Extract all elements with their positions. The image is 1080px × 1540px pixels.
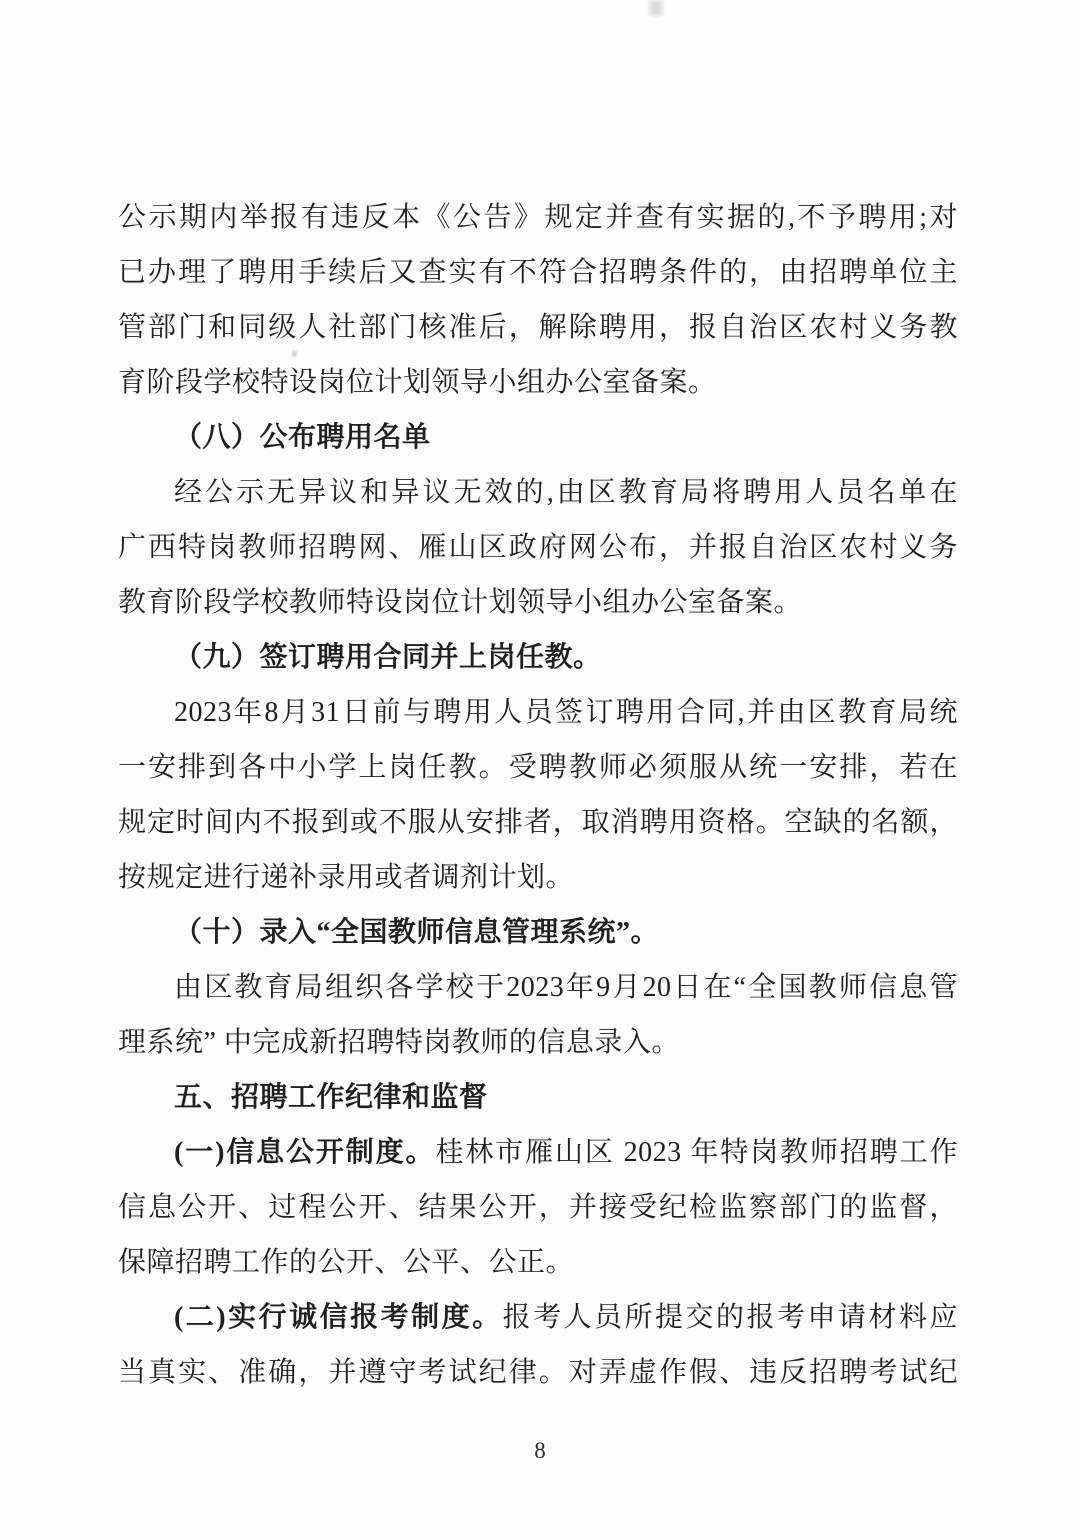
paragraph-line: 已办理了聘用手续后又查实有不符合招聘条件的，由招聘单位主 <box>118 245 958 300</box>
document-body: 公示期内举报有违反本《公告》规定并查有实据的,不予聘用;对 已办理了聘用手续后又… <box>118 190 958 1400</box>
chapter-5-heading: 五、招聘工作纪律和监督 <box>118 1070 958 1125</box>
paragraph-line: 理系统” 中完成新招聘特岗教师的信息录入。 <box>118 1015 958 1070</box>
document-page: 公示期内举报有违反本《公告》规定并查有实据的,不予聘用;对 已办理了聘用手续后又… <box>0 0 1080 1540</box>
clause-1-label: (一)信息公开制度。 <box>174 1137 435 1168</box>
paragraph-line: 经公示无异议和异议无效的,由区教育局将聘用人员名单在 <box>118 465 958 520</box>
paragraph-line: 育阶段学校特设岗位计划领导小组办公室备案。 <box>118 355 958 410</box>
paragraph-line: 管部门和同级人社部门核准后，解除聘用，报自治区农村义务教 <box>118 300 958 355</box>
section-heading-8: （八）公布聘用名单 <box>118 410 958 465</box>
section-heading-10: （十）录入“全国教师信息管理系统”。 <box>118 905 958 960</box>
paragraph-line: 由区教育局组织各学校于2023年9月20日在“全国教师信息管 <box>118 960 958 1015</box>
paragraph-line: 公示期内举报有违反本《公告》规定并查有实据的,不予聘用;对 <box>118 190 958 245</box>
paragraph-line: 2023年8月31日前与聘用人员签订聘用合同,并由区教育局统 <box>118 685 958 740</box>
paragraph-line: 规定时间内不报到或不服从安排者，取消聘用资格。空缺的名额， <box>118 795 958 850</box>
paragraph-line: (一)信息公开制度。桂林市雁山区 2023 年特岗教师招聘工作 <box>118 1125 958 1180</box>
paragraph-line: 一安排到各中小学上岗任教。受聘教师必须服从统一安排，若在 <box>118 740 958 795</box>
paragraph-line: (二)实行诚信报考制度。报考人员所提交的报考申请材料应 <box>118 1290 958 1345</box>
clause-1-text: 桂林市雁山区 2023 年特岗教师招聘工作 <box>435 1137 958 1168</box>
paragraph-line: 按规定进行递补录用或者调剂计划。 <box>118 850 958 905</box>
section-heading-9: （九）签订聘用合同并上岗任教。 <box>118 630 958 685</box>
paragraph-line: 广西特岗教师招聘网、雁山区政府网公布，并报自治区农村义务 <box>118 520 958 575</box>
paragraph-line: 信息公开、过程公开、结果公开，并接受纪检监察部门的监督， <box>118 1180 958 1235</box>
paragraph-line: 当真实、准确，并遵守考试纪律。对弄虚作假、违反招聘考试纪 <box>118 1345 958 1400</box>
clause-2-text: 报考人员所提交的报考申请材料应 <box>503 1302 958 1333</box>
page-number: 8 <box>0 1438 1080 1464</box>
scan-artifact <box>650 0 662 16</box>
paragraph-line: 保障招聘工作的公开、公平、公正。 <box>118 1235 958 1290</box>
paragraph-line: 教育阶段学校教师特设岗位计划领导小组办公室备案。 <box>118 575 958 630</box>
clause-2-label: (二)实行诚信报考制度。 <box>174 1302 503 1333</box>
